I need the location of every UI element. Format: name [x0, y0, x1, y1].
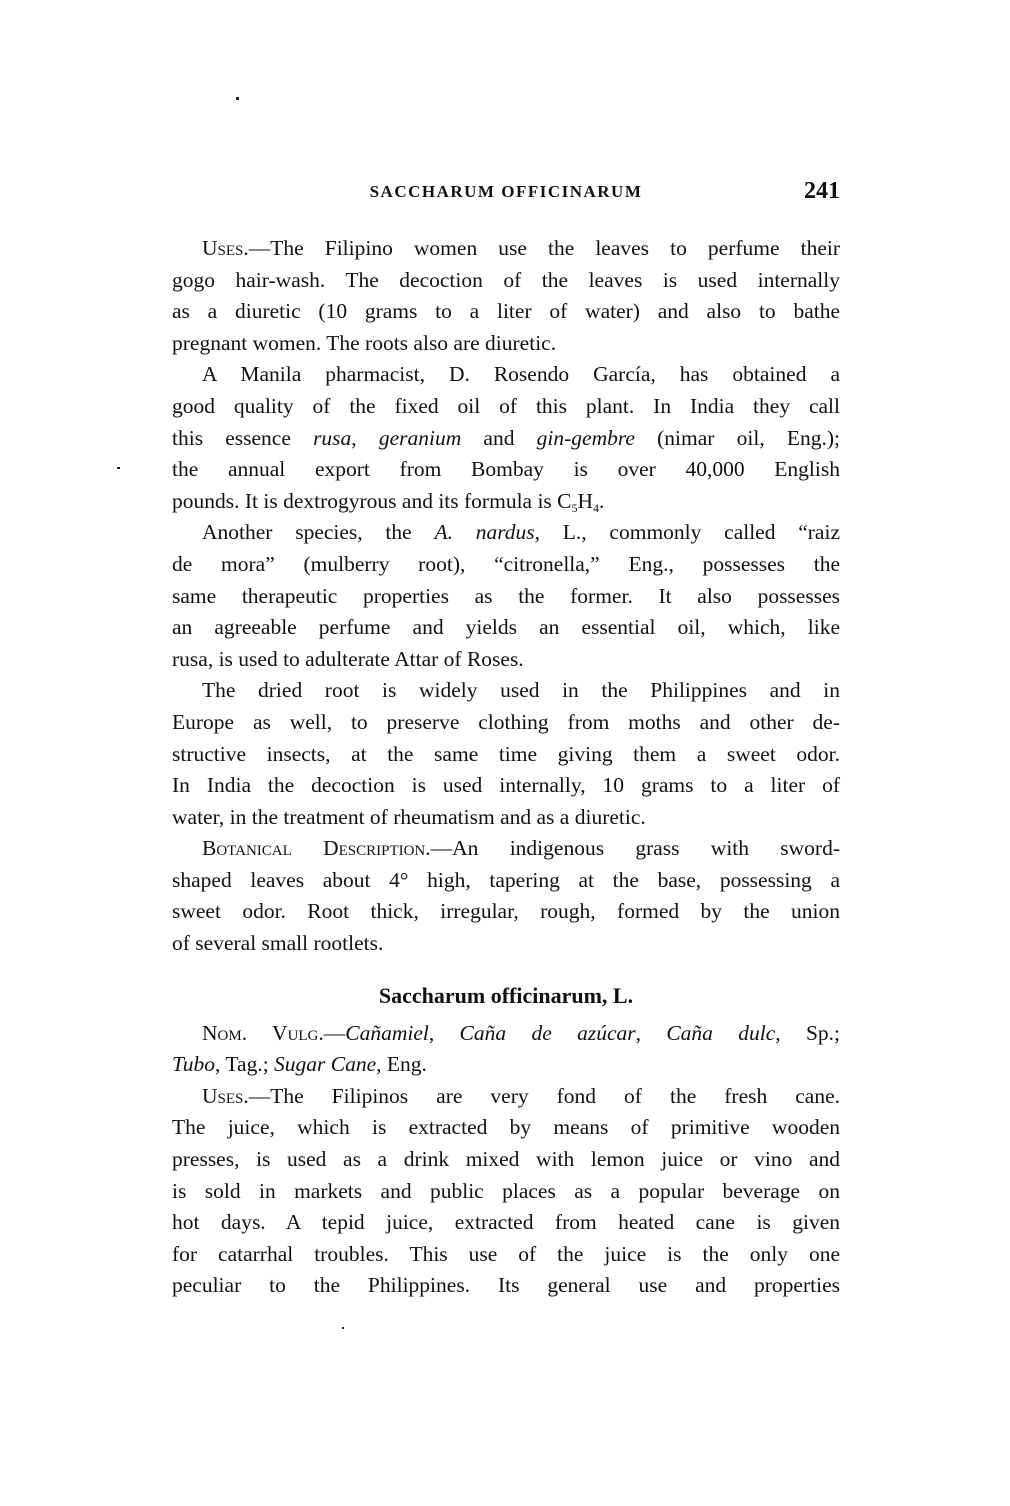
text-line: Nom. Vulg.—Cañamiel, Caña de azúcar, Cañ…	[172, 1018, 840, 1050]
page-body: Uses.—The Filipino women use the leaves …	[172, 233, 840, 1302]
run-in-heading: Botanical Description.	[202, 836, 431, 860]
scan-speck-left	[117, 467, 120, 469]
run-in-heading: Uses.	[202, 236, 249, 260]
section-title: Saccharum officinarum, L.	[172, 974, 840, 1018]
text-line: In India the decoction is used internall…	[172, 770, 840, 802]
page-number: 241	[804, 178, 840, 205]
text-line: A Manila pharmacist, D. Rosendo García, …	[172, 359, 840, 391]
running-title: SACCHARUM OFFICINARUM	[172, 182, 840, 202]
running-head: SACCHARUM OFFICINARUM 241	[172, 180, 840, 210]
scan-speck-top	[236, 97, 239, 100]
text-line: this essence rusa, geranium and gin-gemb…	[172, 423, 840, 455]
text-line: an agreeable perfume and yields an essen…	[172, 612, 840, 644]
text-line: peculiar to the Philippines. Its general…	[172, 1270, 840, 1302]
text-line: Tubo, Tag.; Sugar Cane, Eng.	[172, 1049, 840, 1081]
text-line: Europe as well, to preserve clothing fro…	[172, 707, 840, 739]
book-page: SACCHARUM OFFICINARUM 241 Uses.—The Fili…	[0, 0, 1010, 1506]
text-line: structive insects, at the same time givi…	[172, 739, 840, 771]
text-line: for catarrhal troubles. This use of the …	[172, 1239, 840, 1271]
text-line: Another species, the A. nardus, L., comm…	[172, 517, 840, 549]
text-line: sweet odor. Root thick, irregular, rough…	[172, 896, 840, 928]
run-in-heading: Nom. Vulg.	[202, 1021, 324, 1045]
text-line: Uses.—The Filipino women use the leaves …	[172, 233, 840, 265]
text-line: gogo hair-wash. The decoction of the lea…	[172, 265, 840, 297]
text-line: Uses.—The Filipinos are very fond of the…	[172, 1081, 840, 1113]
text-line: hot days. A tepid juice, extracted from …	[172, 1207, 840, 1239]
text-line: same therapeutic properties as the forme…	[172, 581, 840, 613]
text-line: shaped leaves about 4° high, tapering at…	[172, 865, 840, 897]
text-line: water, in the treatment of rheumatism an…	[172, 802, 840, 834]
scan-speck-bottom	[342, 1327, 344, 1329]
text-line: as a diuretic (10 grams to a liter of wa…	[172, 296, 840, 328]
text-line: good quality of the fixed oil of this pl…	[172, 391, 840, 423]
text-line: the annual export from Bombay is over 40…	[172, 454, 840, 486]
text-line: presses, is used as a drink mixed with l…	[172, 1144, 840, 1176]
text-line: Botanical Description.—An indigenous gra…	[172, 833, 840, 865]
text-line: of several small rootlets.	[172, 928, 840, 960]
text-line: rusa, is used to adulterate Attar of Ros…	[172, 644, 840, 676]
text-line: pounds. It is dextrogyrous and its formu…	[172, 486, 840, 518]
text-line: is sold in markets and public places as …	[172, 1176, 840, 1208]
run-in-heading: Uses.	[202, 1084, 249, 1108]
text-line: de mora” (mulberry root), “citronella,” …	[172, 549, 840, 581]
text-line: pregnant women. The roots also are diure…	[172, 328, 840, 360]
text-line: The dried root is widely used in the Phi…	[172, 675, 840, 707]
text-line: The juice, which is extracted by means o…	[172, 1112, 840, 1144]
